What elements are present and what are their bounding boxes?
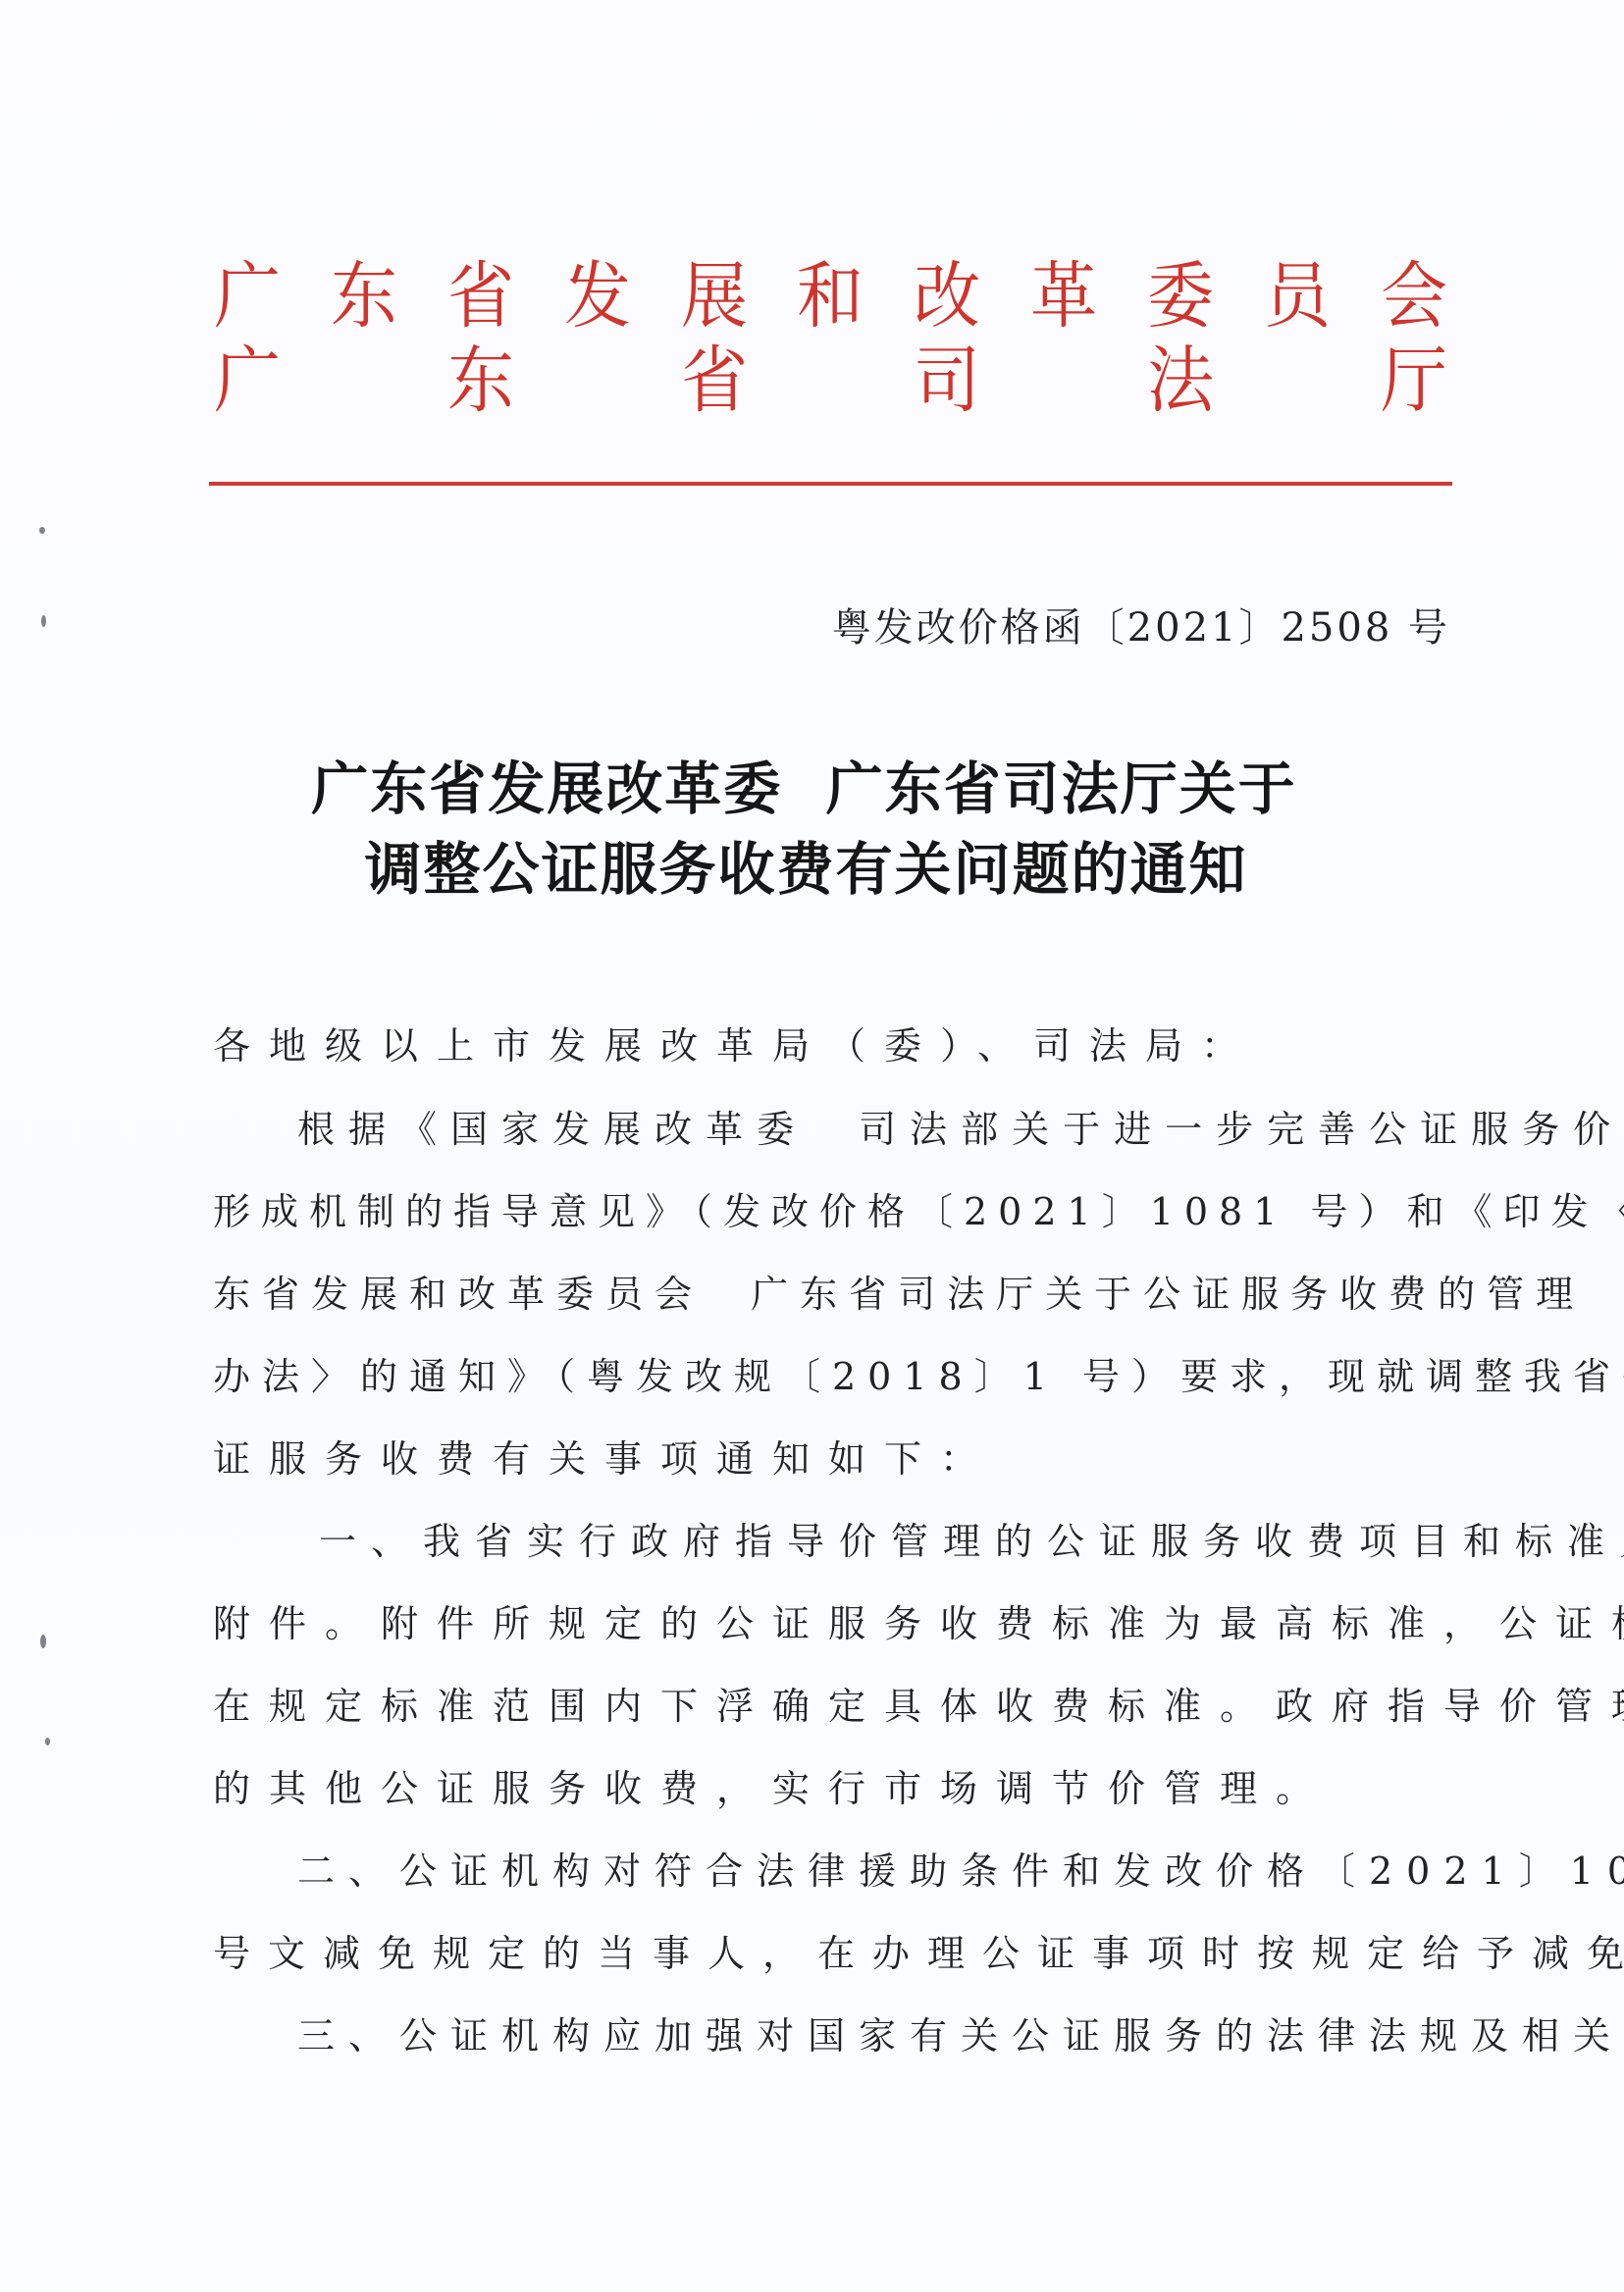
salutation: 各地级以上市发展改革局（委）、司法局： (213, 1018, 1451, 1073)
letterhead-char: 改 (912, 257, 982, 336)
body-line: 三、公证机构应加强对国家有关公证服务的法律法规及相关 (297, 2008, 1451, 2063)
document-number: 粤发改价格函〔2021〕2508 号 (832, 600, 1450, 655)
body-line: 二、公证机构对符合法律援助条件和发改价格〔2021〕1081 (297, 1844, 1451, 1899)
letterhead-char: 司 (913, 341, 983, 420)
document-page: 广 东 省 发 展 和 改 革 委 员 会 广 东 省 司 法 厅 粤发改价格函… (0, 0, 1624, 2292)
letterhead-char: 革 (1028, 257, 1099, 336)
letterhead-char: 和 (796, 257, 866, 336)
body-line: 办法〉的通知》（粤发改规〔2018〕1 号）要求，现就调整我省公 (213, 1349, 1451, 1404)
letterhead-char: 东 (329, 257, 399, 336)
body-line: 证服务收费有关事项通知如下： (213, 1432, 1451, 1486)
letterhead-char: 省 (679, 341, 750, 420)
body-line: 的其他公证服务收费，实行市场调节价管理。 (213, 1761, 1451, 1816)
letterhead-line-1: 广 东 省 发 展 和 改 革 委 员 会 (209, 257, 1452, 336)
scan-mark (45, 1738, 50, 1745)
document-title-line-2: 调整公证服务收费有关问题的通知 (0, 830, 1618, 909)
letterhead-char: 委 (1145, 257, 1216, 336)
scan-mark (41, 615, 46, 627)
body-line: 在规定标准范围内下浮确定具体收费标准。政府指导价管理以外 (213, 1679, 1451, 1734)
letterhead-char: 发 (562, 257, 633, 336)
letterhead-char: 展 (679, 257, 750, 336)
body-line: 形成机制的指导意见》（发改价格〔2021〕1081 号）和《印发〈广 (213, 1184, 1451, 1239)
letterhead-char: 法 (1145, 341, 1216, 420)
letterhead-char: 省 (445, 257, 516, 336)
letterhead-line-2: 广 东 省 司 法 厅 (209, 341, 1452, 420)
letterhead-char: 会 (1379, 257, 1449, 336)
body-line: 根据《国家发展改革委 司法部关于进一步完善公证服务价格 (297, 1102, 1451, 1157)
letterhead-char: 厅 (1379, 341, 1449, 420)
body-line: 东省发展和改革委员会 广东省司法厅关于公证服务收费的管理 (213, 1267, 1451, 1322)
letterhead-char: 广 (212, 341, 283, 420)
letterhead-char: 东 (445, 341, 516, 420)
scan-mark (39, 527, 45, 534)
letterhead-divider (209, 482, 1452, 486)
letterhead-char: 广 (212, 257, 283, 336)
letterhead-char: 员 (1262, 257, 1333, 336)
scan-mark (40, 1635, 46, 1648)
body-line: 一、我省实行政府指导价管理的公证服务收费项目和标准见 (319, 1514, 1451, 1569)
document-title-line-1: 广东省发展改革委 广东省司法厅关于 (0, 750, 1616, 828)
body-line: 附件。附件所规定的公证服务收费标准为最高标准，公证机构可 (213, 1596, 1451, 1651)
body-line: 号文减免规定的当事人，在办理公证事项时按规定给予减免。 (213, 1926, 1451, 1981)
